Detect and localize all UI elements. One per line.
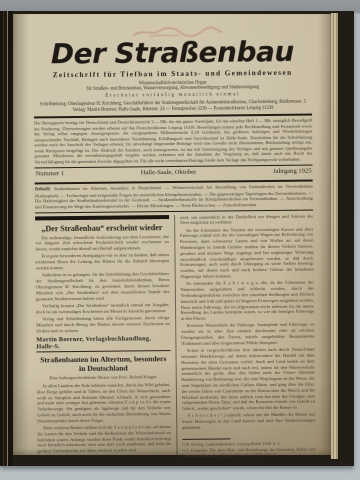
- frequency-line: Erscheint vorläufig monatlich einmal: [34, 92, 312, 101]
- journal-page: Der Straßenbau Zeitschrift für Tiefbau i…: [13, 14, 331, 455]
- article-paragraph: Dem weiteren Bedarf stellten sich die S …: [37, 424, 171, 454]
- subscription-notice: Der Bezugspreis beträgt für Deutschland …: [34, 118, 312, 165]
- issue-volume: Jahrgang 1925: [273, 168, 312, 175]
- article-paragraph: So entstanden die F a h r w e g e, die, …: [180, 280, 314, 322]
- article-paragraph: Kreuzten Wasserläufe die Fußwege, Saumpf…: [181, 322, 315, 347]
- article-paragraph: S c h n e i d e r ¹ ) mitteilt, schon eh…: [182, 412, 316, 431]
- inhalt-text: Straßenbauten im Altertum, besonders in …: [35, 184, 313, 209]
- journal-title: Der Straßenbau: [33, 37, 311, 69]
- book: Der Straßenbau Zeitschrift für Tiefbau i…: [0, 11, 354, 466]
- handwritten-mark: [129, 23, 225, 40]
- footnotes: ¹) W. Ewling: Landstraßenlehre, Leipzig-…: [182, 436, 316, 459]
- table-of-contents: Inhalt:Straßenbauten im Altertum, besond…: [35, 184, 313, 210]
- notice-paragraph: Erst ganz besonderen Anregungen war es a…: [35, 253, 169, 272]
- left-column-text: „Der Straßenbau“ erscheint wieder Die me…: [35, 219, 171, 460]
- notice-paragraph: Verlag und Schriftleitung bitten alle Fa…: [36, 315, 170, 334]
- notice-paragraph: Außerdem ist es gelungen, für die Schrif…: [36, 271, 170, 301]
- journal-subtitle: Zeitschrift für Tiefbau im Staats- und G…: [34, 69, 312, 80]
- issue-number: Nummer 1: [36, 171, 64, 178]
- photo-of-journal-page: Der Straßenbau Zeitschrift für Tiefbau i…: [0, 0, 360, 480]
- article-headline: Straßenbauten im Altertum, besonders in …: [39, 355, 169, 374]
- footnote-rule: [182, 439, 230, 441]
- left-column: „Der Straßenbau“ erscheint wieder Die me…: [35, 215, 176, 460]
- issue-place-date: Halle-Saale, Oktober: [141, 169, 197, 177]
- footnote: ²) J. Schneider: Die alten Heer- und Han…: [182, 446, 316, 457]
- book-spine: [0, 11, 13, 466]
- article-paragraph: Schon in vorgeschichtlicher Zeit führten…: [181, 347, 315, 412]
- notice-paragraph: Vorläufig kommt „Der Straßenbau“ monatli…: [36, 302, 170, 315]
- page-stack-edge: [331, 13, 338, 459]
- notice-paragraph: Die mehrmalige, freundliche Aufforderung…: [35, 234, 169, 253]
- right-column-text: wird, um namentlich in der Dunkelheit ei…: [180, 213, 316, 437]
- article-paragraph: wird, um namentlich in der Dunkelheit ei…: [180, 213, 314, 226]
- page-content: Der Straßenbau Zeitschrift für Tiefbau i…: [33, 17, 315, 450]
- article-byline: Eine kulturgeschichtliche Skizze von Pro…: [37, 374, 171, 380]
- article-paragraph: In allen Ländern der Erde bildeten zunäc…: [37, 382, 171, 424]
- right-column: wird, um namentlich in der Dunkelheit ei…: [174, 213, 316, 458]
- issue-line: Nummer 1 Halle-Saale, Oktober Jahrgang 1…: [35, 166, 313, 180]
- article-paragraph: An die Erkenntnis des Nutzens der zweirä…: [180, 226, 314, 280]
- publisher-signature: Martin Boerner, Verlagsbuchhandlung, Hal…: [36, 335, 170, 353]
- rule-below-inhalt: [35, 209, 313, 213]
- two-column-body: „Der Straßenbau“ erscheint wieder Die me…: [35, 213, 316, 460]
- notice-headline: „Der Straßenbau“ erscheint wieder: [35, 223, 169, 233]
- inhalt-label: Inhalt:: [35, 187, 54, 193]
